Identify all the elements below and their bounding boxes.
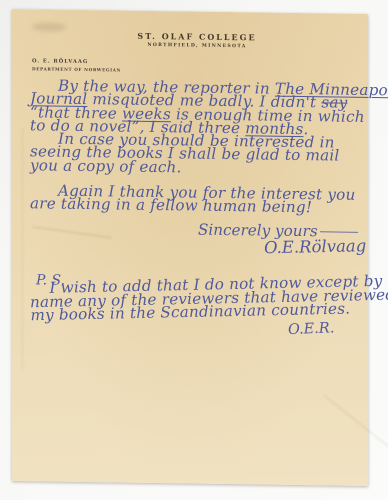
paper-crease	[22, 129, 23, 369]
sender-department: DEPARTMENT OF NORWEGIAN	[32, 66, 121, 74]
postscript-initials: O.E.R.	[288, 320, 335, 338]
postscript-body: I wish to add that I do not know except …	[29, 275, 364, 323]
letterhead: ST. OLAF COLLEGE NORTHFIELD, MINNESOTA	[12, 29, 368, 51]
postscript-line: my books in the Scandinavian countries.	[30, 302, 364, 323]
scanned-letter: ST. OLAF COLLEGE NORTHFIELD, MINNESOTA O…	[0, 0, 388, 500]
signature: O.E.Rölvaag	[264, 236, 367, 257]
pen-flourish	[320, 231, 358, 233]
letter-text: are taking in a fellow human being!	[30, 195, 312, 217]
paper-crease	[32, 226, 112, 238]
letter-paper: ST. OLAF COLLEGE NORTHFIELD, MINNESOTA O…	[12, 9, 368, 486]
paper-crease	[323, 395, 388, 465]
sender-block: O. E. RÖLVAAG DEPARTMENT OF NORWEGIAN	[32, 58, 121, 73]
letter-body: By the way, the reporter in The Minneapo…	[30, 79, 364, 215]
letter-text: you a copy of each.	[30, 156, 182, 176]
